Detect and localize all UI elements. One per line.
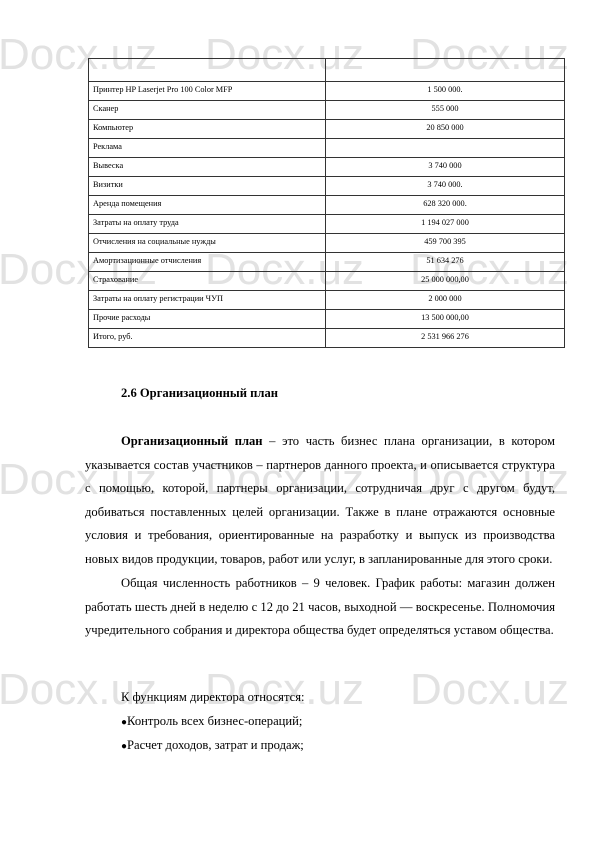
cost-item-cell: Принтер HP Laserjet Pro 100 Color MFP [89,82,326,101]
cost-value-cell: 3 740 000 [326,158,565,177]
paragraph-text: – это часть бизнес плана организации, в … [85,434,555,566]
paragraph-staff: Общая численность работников – 9 человек… [85,572,555,643]
section-heading: 2.6 Организационный план [121,386,278,401]
cost-item-cell: Итого, руб. [89,329,326,348]
cost-value-cell: 2 000 000 [326,291,565,310]
table-row: Амортизационные отчисления51 634 276 [89,253,565,272]
table-header-row [89,59,565,82]
cost-value-cell: 20 850 000 [326,120,565,139]
cost-table: Принтер HP Laserjet Pro 100 Color MFP1 5… [88,58,565,348]
table-row: Компьютер20 850 000 [89,120,565,139]
watermark: Docx.uz [410,665,569,715]
table-row: Сканер555 000 [89,101,565,120]
cost-item-cell: Компьютер [89,120,326,139]
cost-item-cell: Затраты на оплату труда [89,215,326,234]
table-cell [326,59,565,82]
cost-item-cell: Затраты на оплату регистрации ЧУП [89,291,326,310]
cost-value-cell: 1 194 027 000 [326,215,565,234]
cost-item-cell: Вывеска [89,158,326,177]
table-row: Затраты на оплату труда1 194 027 000 [89,215,565,234]
cost-item-cell: Прочие расходы [89,310,326,329]
functions-intro: К функциям директора относятся: [121,690,305,705]
cost-item-cell: Страхование [89,272,326,291]
cost-value-cell: 25 000 000,00 [326,272,565,291]
cost-item-cell: Амортизационные отчисления [89,253,326,272]
paragraph-text: Общая численность работников – 9 человек… [85,576,555,637]
table-row: Вывеска3 740 000 [89,158,565,177]
list-item-text: Расчет доходов, затрат и продаж; [127,738,304,752]
cost-value-cell: 555 000 [326,101,565,120]
cost-item-cell: Визитки [89,177,326,196]
table-row: Отчисления на социальные нужды459 700 39… [89,234,565,253]
table-row: Аренда помещения628 320 000. [89,196,565,215]
cost-value-cell: 2 531 966 276 [326,329,565,348]
cost-value-cell: 13 500 000,00 [326,310,565,329]
cost-value-cell: 3 740 000. [326,177,565,196]
list-item: ●Расчет доходов, затрат и продаж; [121,738,304,753]
list-item: ●Контроль всех бизнес-операций; [121,714,302,729]
table-row: Прочие расходы13 500 000,00 [89,310,565,329]
table-row: Затраты на оплату регистрации ЧУП2 000 0… [89,291,565,310]
cost-item-cell: Отчисления на социальные нужды [89,234,326,253]
cost-value-cell: 459 700 395 [326,234,565,253]
paragraph-definition: Организационный план – это часть бизнес … [85,430,555,572]
cost-value-cell: 1 500 000. [326,82,565,101]
cost-value-cell [326,139,565,158]
table-row: Реклама [89,139,565,158]
cost-item-cell: Сканер [89,101,326,120]
cost-value-cell: 628 320 000. [326,196,565,215]
cost-item-cell: Аренда помещения [89,196,326,215]
list-item-text: Контроль всех бизнес-операций; [127,714,302,728]
table-cell [89,59,326,82]
cost-value-cell: 51 634 276 [326,253,565,272]
term-bold: Организационный план [121,434,263,448]
table-row: Визитки3 740 000. [89,177,565,196]
table-row: Страхование25 000 000,00 [89,272,565,291]
table-row: Итого, руб.2 531 966 276 [89,329,565,348]
table-row: Принтер HP Laserjet Pro 100 Color MFP1 5… [89,82,565,101]
cost-item-cell: Реклама [89,139,326,158]
